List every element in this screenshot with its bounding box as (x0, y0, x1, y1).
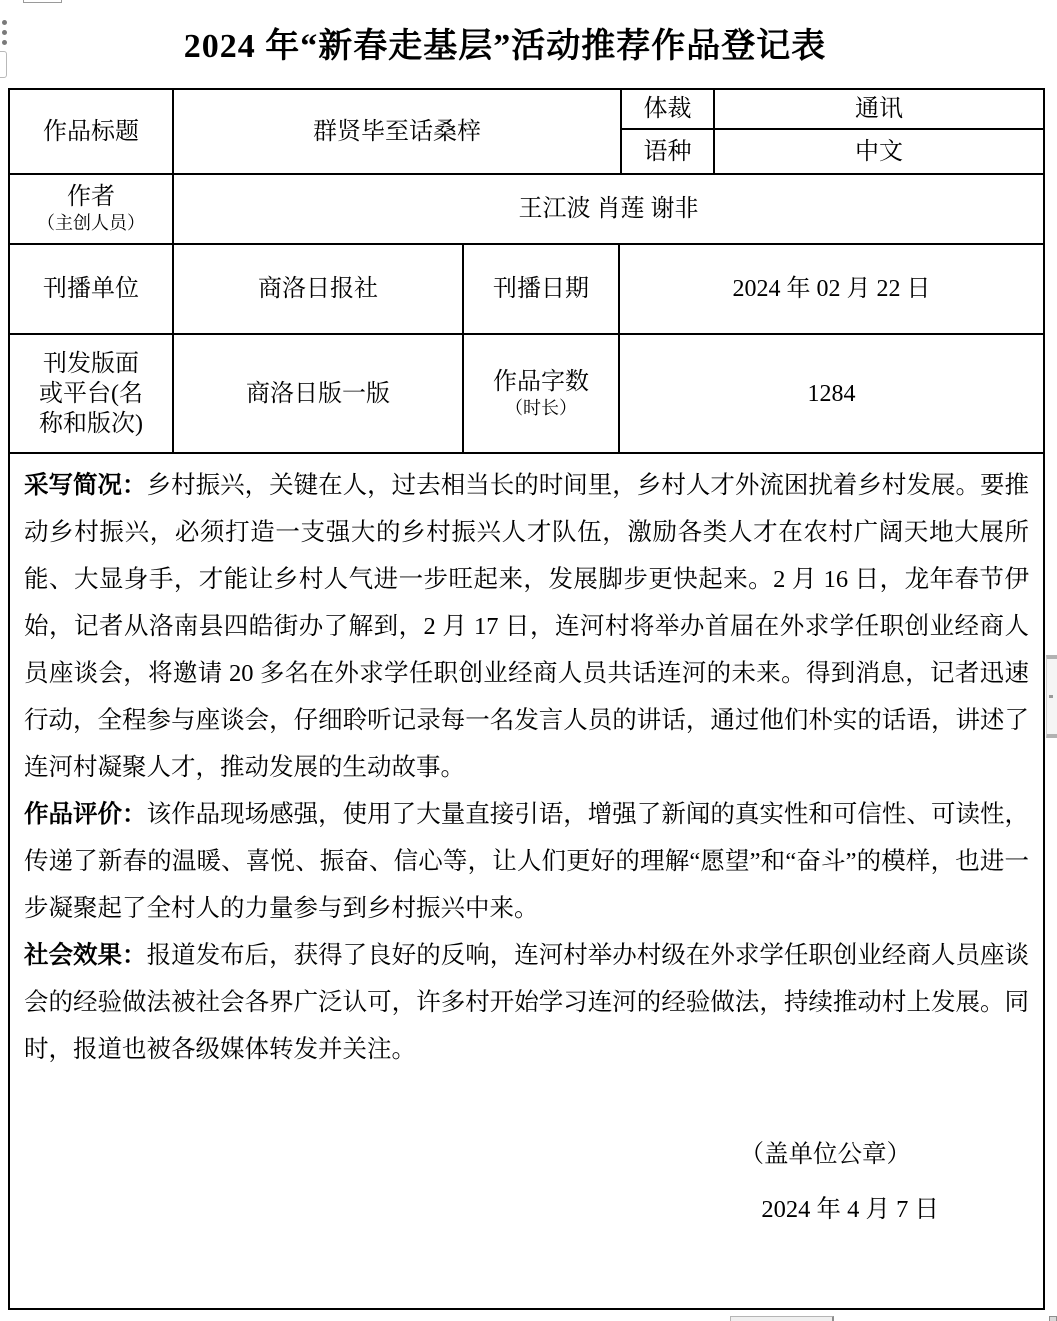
partial-popup-box (23, 0, 62, 3)
word-count-label: 作品字数 (493, 367, 589, 397)
publish-date-label-cell: 刊播日期 (464, 245, 620, 333)
edition-value-cell: 商洛日版一版 (174, 335, 464, 452)
table-row-author: 作者 （主创人员） 王江波 肖莲 谢非 (10, 175, 1043, 245)
table-row-edition: 刊发版面 或平台(名 称和版次) 商洛日版一版 作品字数 （时长） 1284 (10, 335, 1043, 454)
publisher-value-cell: 商洛日报社 (174, 245, 464, 333)
author-label-sub: （主创人员） (37, 212, 145, 235)
publish-date-value-cell: 2024 年 02 月 22 日 (620, 245, 1043, 333)
page-title: 2024 年“新春走基层”活动推荐作品登记表 (0, 18, 1010, 67)
word-count-value-cell: 1284 (620, 335, 1043, 452)
paragraph-label: 采写简况： (24, 472, 147, 499)
genre-label-cell: 体裁 (622, 90, 715, 128)
paragraph-work-evaluation: 作品评价：该作品现场感强，使用了大量直接引语，增强了新闻的真实性和可信性、可读性… (24, 791, 1029, 932)
signature-date: 2024 年 4 月 7 日 (24, 1186, 1029, 1233)
language-label-cell: 语种 (622, 130, 715, 173)
paragraph-text: 报道发布后，获得了良好的反响，连河村举办村级在外求学任职创业经商人员座谈会的经验… (24, 942, 1029, 1063)
genre-value-cell: 通讯 (715, 90, 1043, 128)
language-value-cell: 中文 (715, 130, 1043, 173)
word-count-label-cell: 作品字数 （时长） (464, 335, 620, 452)
genre-row: 体裁 通讯 (622, 90, 1043, 130)
table-row-body: 采写简况：乡村振兴，关键在人，过去相当长的时间里，乡村人才外流困扰着乡村发展。要… (10, 454, 1043, 1308)
author-label: 作者 (67, 182, 115, 212)
table-row-work-title: 作品标题 群贤毕至话桑梓 体裁 通讯 语种 中文 (10, 90, 1043, 175)
author-value-cell: 王江波 肖莲 谢非 (174, 175, 1043, 243)
scrollbar-corner-box (1049, 1316, 1057, 1321)
publisher-label-cell: 刊播单位 (10, 245, 174, 333)
horizontal-scrollbar-thumb[interactable] (730, 1316, 834, 1321)
paragraph-text: 该作品现场感强，使用了大量直接引语，增强了新闻的真实性和可信性、可读性，传递了新… (24, 801, 1029, 922)
work-title-label-cell: 作品标题 (10, 90, 174, 173)
paragraph-label: 作品评价： (24, 801, 147, 828)
body-text-cell: 采写简况：乡村振兴，关键在人，过去相当长的时间里，乡村人才外流困扰着乡村发展。要… (10, 454, 1043, 1308)
word-count-label-sub: （时长） (505, 397, 577, 420)
work-title-value-cell: 群贤毕至话桑梓 (174, 90, 622, 173)
vertical-scrollbar-thumb[interactable] (1046, 655, 1057, 738)
edition-label-cell: 刊发版面 或平台(名 称和版次) (10, 335, 174, 452)
table-row-publisher: 刊播单位 商洛日报社 刊播日期 2024 年 02 月 22 日 (10, 245, 1043, 335)
paragraph-label: 社会效果： (24, 942, 147, 969)
paragraph-text: 乡村振兴，关键在人，过去相当长的时间里，乡村人才外流困扰着乡村发展。要推动乡村振… (24, 472, 1029, 781)
paragraph-social-effect: 社会效果：报道发布后，获得了良好的反响，连河村举办村级在外求学任职创业经商人员座… (24, 932, 1029, 1073)
seal-note: （盖单位公章） (24, 1131, 1029, 1178)
author-label-cell: 作者 （主创人员） (10, 175, 174, 243)
scrollbar-grip-icon (1049, 695, 1053, 698)
genre-language-stack: 体裁 通讯 语种 中文 (622, 90, 1043, 173)
registration-form-table: 作品标题 群贤毕至话桑梓 体裁 通讯 语种 中文 作者 （主创人员） 王江波 肖… (8, 88, 1045, 1310)
paragraph-reporting-brief: 采写简况：乡村振兴，关键在人，过去相当长的时间里，乡村人才外流困扰着乡村发展。要… (24, 462, 1029, 791)
language-row: 语种 中文 (622, 130, 1043, 173)
